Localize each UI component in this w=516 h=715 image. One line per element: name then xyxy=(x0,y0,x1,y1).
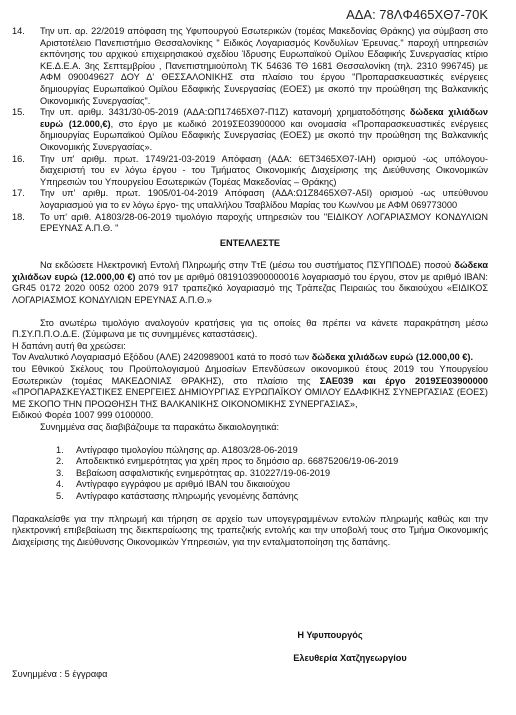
attachments-intro: Συνημμένα σας διαβιβάζουμε τα παρακάτω δ… xyxy=(12,422,488,434)
special-body: Ειδικού Φορέα 1007 999 0100000. xyxy=(12,410,488,422)
item-number: 14. xyxy=(12,26,25,38)
bold-text: ΣΑΕ039 και έργο 2019ΣΕ03900000 xyxy=(320,376,488,386)
budget-paragraph: του Εθνικού Σκέλους του Προϋπολογισμού Δ… xyxy=(12,364,488,410)
charge-account: Τον Αναλυτικό Λογαριασμό Εξόδου (ΑΛΕ) 24… xyxy=(12,352,488,364)
item-number: 17. xyxy=(12,188,25,200)
text-run: Το υπ' αριθ. Α1803/28-06-2019 τιμολόγιο … xyxy=(40,212,488,234)
payment-paragraph: Να εκδώσετε Ηλεκτρονική Εντολή Πληρωμής … xyxy=(12,260,488,306)
attached-count: Συνημμένα : 5 έγγραφα xyxy=(12,669,107,681)
attachment-text: Αποδεικτικό ενημερότητας για χρέη προς τ… xyxy=(76,456,398,466)
text-run: Να εκδώσετε Ηλεκτρονική Εντολή Πληρωμής … xyxy=(40,260,454,270)
attachment-text: Βεβαίωση ασφαλιστικής ενημερότητας αρ. 3… xyxy=(76,468,330,478)
consideration-item: 17.Την υπ' αριθμ. πρωτ. 1905/01-04-2019 … xyxy=(12,188,488,211)
item-number: 15. xyxy=(12,107,25,119)
attachment-text: Αντίγραφο εγγράφου με αριθμό IBAN του δι… xyxy=(76,479,290,489)
signature-name: Ελευθερία Χατζηγεωργίου xyxy=(250,653,450,665)
signature-title: Η Υφυπουργός xyxy=(280,630,380,642)
document-body: 14.Την υπ. αρ. 22/2019 απόφαση της Υφυπο… xyxy=(12,26,488,548)
ada-code: ΑΔΑ: 78ΛΦ465ΧΘ7-70Κ xyxy=(346,7,488,23)
item-number: 16. xyxy=(12,154,25,166)
text-run: Την υπ. αριθμ. 3431/30-05-2019 (ΑΔΑ:ΩΠ17… xyxy=(40,107,410,117)
attachment-item: 5.Αντίγραφο κατάστασης πληρωμής γενομένη… xyxy=(56,491,488,503)
text-run: Τον Αναλυτικό Λογαριασμό Εξόδου (ΑΛΕ) 24… xyxy=(12,352,312,362)
charge-intro: Η δαπάνη αυτή θα χρεώσει: xyxy=(12,341,488,353)
consideration-item: 14.Την υπ. αρ. 22/2019 απόφαση της Υφυπο… xyxy=(12,26,488,107)
text-run: Την υπ' αριθμ. πρωτ. 1905/01-04-2019 Από… xyxy=(40,188,488,210)
attachment-item: 1.Αντίγραφο τιμολογίου πώλησης αρ. Α1803… xyxy=(56,445,488,457)
attachment-text: Αντίγραφο κατάστασης πληρωμής γενομένης … xyxy=(76,491,298,501)
consideration-item: 16.Την υπ' αριθμ. πρωτ. 1749/21-03-2019 … xyxy=(12,154,488,189)
item-number: 4. xyxy=(56,479,64,491)
attachment-item: 4.Αντίγραφο εγγράφου με αριθμό IBAN του … xyxy=(56,479,488,491)
text-run: «ΠΡΟΠΑΡΑΣΚΕΥΑΣΤΙΚΕΣ ΕΝΕΡΓΕΙΕΣ ΔΗΜΙΟΥΡΓΙΑ… xyxy=(12,387,488,409)
item-number: 18. xyxy=(12,212,25,224)
consideration-item: 15.Την υπ. αριθμ. 3431/30-05-2019 (ΑΔΑ:Ω… xyxy=(12,107,488,153)
attachment-item: 2.Αποδεικτικό ενημερότητας για χρέη προς… xyxy=(56,456,488,468)
item-number: 3. xyxy=(56,468,64,480)
considerations-list: 14.Την υπ. αρ. 22/2019 απόφαση της Υφυπο… xyxy=(12,26,488,235)
attachment-text: Αντίγραφο τιμολογίου πώλησης αρ. Α1803/2… xyxy=(76,445,298,455)
attachment-item: 3.Βεβαίωση ασφαλιστικής ενημερότητας αρ.… xyxy=(56,468,488,480)
closing-paragraph: Παρακαλείσθε για την πληρωμή και τήρηση … xyxy=(12,514,488,549)
order-heading: ΕΝΤΕΛΛΕΣΤΕ xyxy=(12,238,488,250)
item-number: 1. xyxy=(56,445,64,457)
withholding-paragraph: Στο ανωτέρω τιμολόγιο αναλογούν κρατήσει… xyxy=(12,318,488,341)
item-number: 2. xyxy=(56,456,64,468)
text-run: Την υπ' αριθμ. πρωτ. 1749/21-03-2019 Από… xyxy=(40,154,488,187)
text-run: Την υπ. αρ. 22/2019 απόφαση της Υφυπουργ… xyxy=(40,26,488,106)
consideration-item: 18.Το υπ' αριθ. Α1803/28-06-2019 τιμολόγ… xyxy=(12,212,488,235)
attachments-list: 1.Αντίγραφο τιμολογίου πώλησης αρ. Α1803… xyxy=(56,445,488,503)
bold-text: δώδεκα χιλιάδων ευρώ (12.000,00 €). xyxy=(312,352,473,362)
item-number: 5. xyxy=(56,491,64,503)
